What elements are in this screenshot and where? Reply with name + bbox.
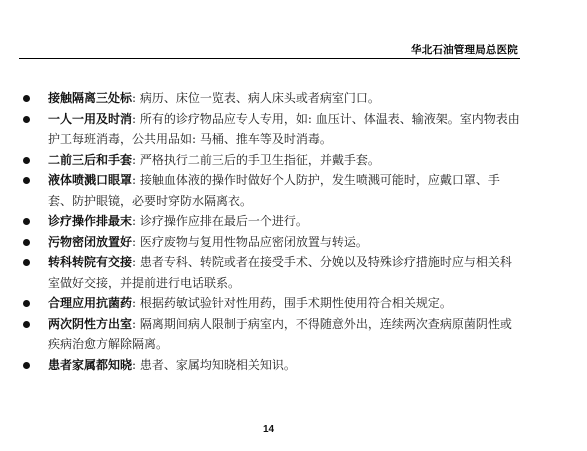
page-header: 华北石油管理局总医院 bbox=[19, 40, 520, 59]
item-term: 液体喷溅口眼罩 bbox=[48, 173, 132, 187]
list-item: 诊疗操作排最末: 诊疗操作应排在最后一个进行。 bbox=[22, 211, 522, 232]
bullet-icon bbox=[23, 259, 30, 266]
item-term: 两次阴性方出室 bbox=[48, 317, 132, 331]
bullet-icon bbox=[23, 177, 30, 184]
list-item: 患者家属都知晓: 患者、家属均知晓相关知识。 bbox=[22, 355, 522, 376]
isolation-rules-list: 接触隔离三处标: 病历、床位一览表、病人床头或者病室门口。 一人一用及时消: 所… bbox=[22, 88, 522, 375]
item-term: 患者家属都知晓 bbox=[48, 358, 132, 372]
bullet-icon bbox=[23, 362, 30, 369]
item-description: 病历、床位一览表、病人床头或者病室门口。 bbox=[140, 91, 380, 105]
bullet-icon bbox=[23, 300, 30, 307]
item-term: 污物密闭放置好 bbox=[48, 235, 132, 249]
item-description: 诊疗操作应排在最后一个进行。 bbox=[140, 214, 308, 228]
list-item: 转科转院有交接: 患者专科、转院或者在接受手术、分娩以及特殊诊疗措施时应与相关科… bbox=[22, 252, 522, 293]
bullet-icon bbox=[23, 239, 30, 246]
bullet-icon bbox=[23, 95, 30, 102]
item-separator: : bbox=[132, 214, 140, 228]
item-term: 诊疗操作排最末 bbox=[48, 214, 132, 228]
list-item: 合理应用抗菌药: 根据药敏试验针对性用药，围手术期性使用符合相关规定。 bbox=[22, 293, 522, 314]
bullet-icon bbox=[23, 321, 30, 328]
list-item: 两次阴性方出室: 隔离期间病人限制于病室内，不得随意外出，连续两次查病原菌阴性或… bbox=[22, 314, 522, 355]
list-item: 污物密闭放置好: 医疗废物与复用性物品应密闭放置与转运。 bbox=[22, 232, 522, 253]
item-term: 合理应用抗菌药 bbox=[48, 296, 132, 310]
item-description: 严格执行二前三后的手卫生指征，并戴手套。 bbox=[140, 153, 380, 167]
list-item: 液体喷溅口眼罩: 接触血体液的操作时做好个人防护，发生喷溅可能时，应戴口罩、手套… bbox=[22, 170, 522, 211]
item-separator: : bbox=[132, 235, 140, 249]
item-description: 医疗废物与复用性物品应密闭放置与转运。 bbox=[140, 235, 368, 249]
page-number: 14 bbox=[0, 424, 537, 435]
list-item: 接触隔离三处标: 病历、床位一览表、病人床头或者病室门口。 bbox=[22, 88, 522, 109]
item-term: 接触隔离三处标 bbox=[48, 91, 132, 105]
bullet-icon bbox=[23, 157, 30, 164]
item-description: 患者、家属均知晓相关知识。 bbox=[140, 358, 296, 372]
header-title: 华北石油管理局总医院 bbox=[411, 42, 518, 57]
bullet-icon bbox=[23, 116, 30, 123]
item-separator: : bbox=[132, 91, 140, 105]
item-separator: : bbox=[132, 296, 140, 310]
item-separator: : bbox=[132, 112, 140, 126]
item-term: 转科转院有交接 bbox=[48, 255, 132, 269]
item-separator: : bbox=[132, 173, 140, 187]
item-term: 二前三后和手套 bbox=[48, 153, 132, 167]
item-separator: : bbox=[132, 358, 140, 372]
bullet-icon bbox=[23, 218, 30, 225]
item-separator: : bbox=[132, 317, 140, 331]
item-separator: : bbox=[132, 153, 140, 167]
item-description: 根据药敏试验针对性用药，围手术期性使用符合相关规定。 bbox=[140, 296, 452, 310]
list-item: 一人一用及时消: 所有的诊疗物品应专人专用，如: 血压计、体温表、输液架。室内物… bbox=[22, 109, 522, 150]
item-term: 一人一用及时消 bbox=[48, 112, 132, 126]
item-separator: : bbox=[132, 255, 140, 269]
list-item: 二前三后和手套: 严格执行二前三后的手卫生指征，并戴手套。 bbox=[22, 150, 522, 171]
